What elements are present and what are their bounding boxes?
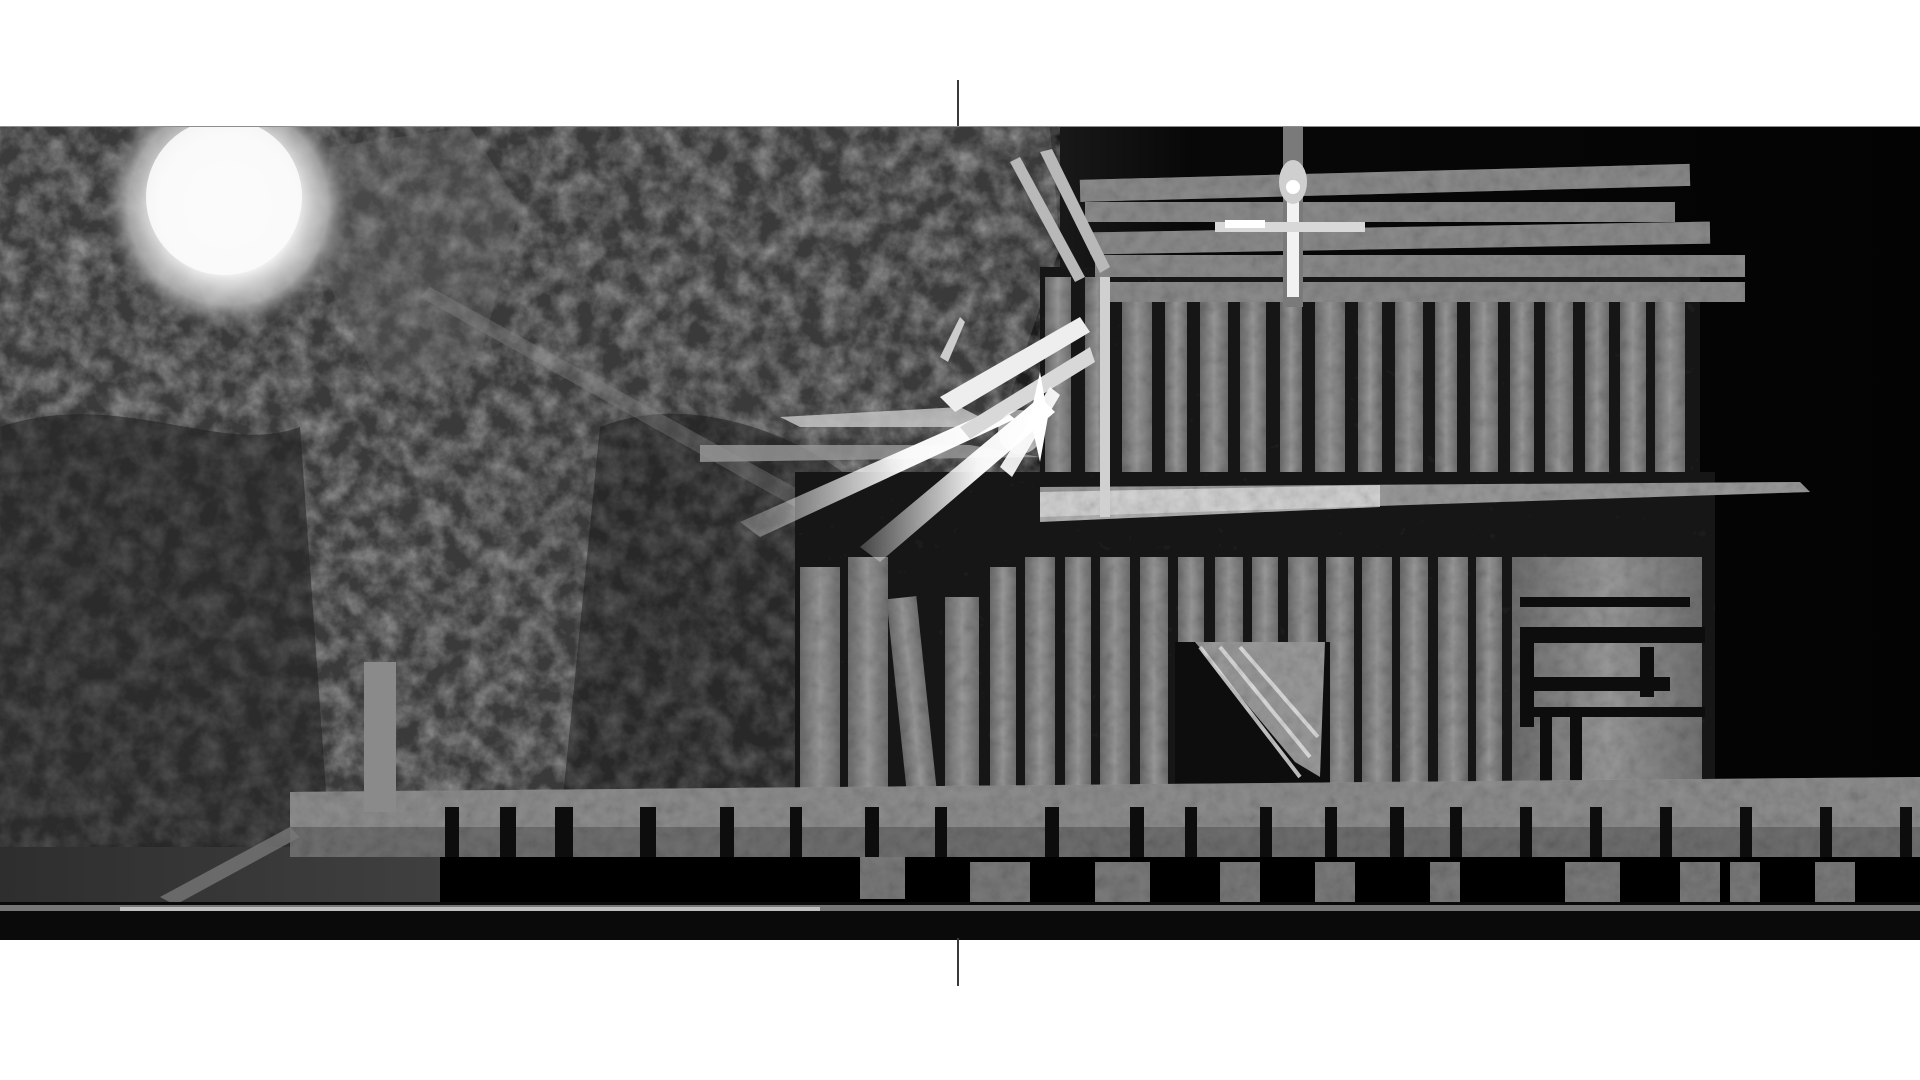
- dock: [290, 777, 1920, 902]
- water-edge: [0, 902, 1920, 940]
- artwork-illustration: [0, 127, 1920, 940]
- center-fold-mark-top: [957, 80, 959, 130]
- mooring-post: [364, 662, 396, 812]
- center-fold-mark-bottom: [957, 938, 959, 986]
